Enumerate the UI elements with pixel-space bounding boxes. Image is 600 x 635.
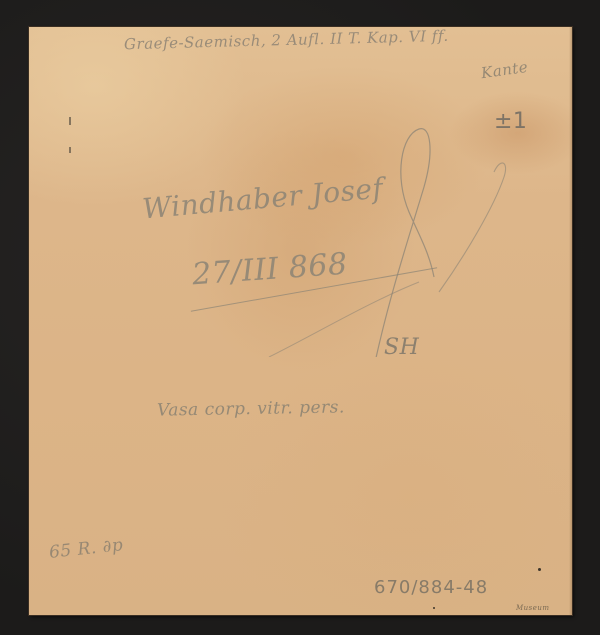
initials-inscription: SH	[384, 335, 419, 360]
pencil-mark	[69, 117, 71, 125]
paper-speck	[433, 607, 435, 609]
header-tail-inscription: Kante	[480, 58, 529, 82]
paper-card: Graefe-Saemisch, 2 Aufl. II T. Kap. VI f…	[29, 27, 572, 615]
date-inscription: 27/III 868	[191, 247, 349, 293]
pencil-mark	[69, 147, 71, 153]
scan-background: Graefe-Saemisch, 2 Aufl. II T. Kap. VI f…	[0, 0, 600, 635]
stamp-mark: Museum	[516, 604, 550, 612]
signature-flourish-icon	[179, 117, 509, 357]
reference-number: ±1	[494, 109, 527, 134]
paper-speck	[538, 568, 541, 571]
diagnosis-inscription: Vasa corp. vitr. pers.	[157, 397, 345, 420]
inventory-number: 670/884-48	[374, 577, 488, 598]
patient-name: Windhaber Josef	[141, 172, 385, 226]
header-inscription: Graefe-Saemisch, 2 Aufl. II T. Kap. VI f…	[124, 27, 449, 53]
corner-note: 65 R. ∂p	[48, 535, 124, 563]
